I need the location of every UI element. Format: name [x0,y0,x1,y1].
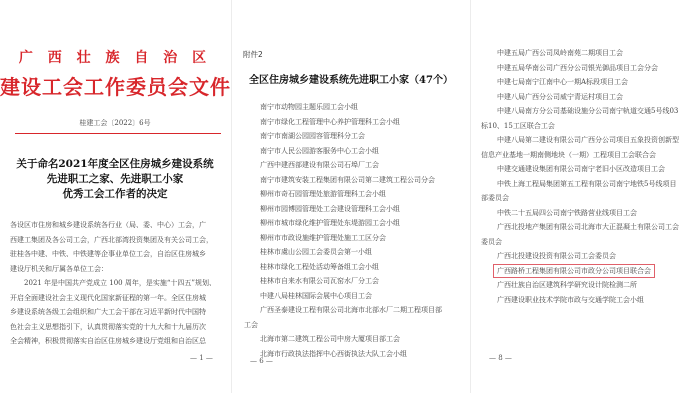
body-line: 建设厅机关和厅属各单位工会： [10,262,224,277]
list-item: 广西圣泰建设工程有限公司北海市北部水厂二期工程项目部 [260,303,465,318]
body-line: 乡建设系统各级工会组织和广大工会干部在习近平新时代中国特 [10,305,224,320]
list-item: 中建交通建设集团有限公司南宁老旧小区改造项目工会 [497,162,697,177]
document-number: 桂建工会〔2022〕6号 [0,118,230,128]
list-item: 南宁市建筑安装工程集团有限公司第二建筑工程公司分会 [260,173,465,188]
list-item: 柳州市市政设施维护管理处施工工区分会 [260,231,465,246]
body-line: 西建工集团及各公司工会，广西北部湾投资集团及有关公司工会， [10,233,224,248]
list-item: 南宁市绿化工程管理中心养护管理科工会小组 [260,115,465,130]
list-item: 中建五局华南公司广西分公司银光御品项目工会分会 [497,61,697,76]
page-number: — 8 — [489,354,512,362]
title-line: 关于命名2021年度全区住房城乡建设系统 [0,157,230,172]
list-item: 广西北投建设投资有限公司工会委员会 [497,249,697,264]
list-item-continuation: 信息产业基地一期南侧地块（一期）工程项目工会联合会 [481,148,697,163]
list-item: 广西壮族自治区建筑科学研究设计院检测二所 [497,278,697,293]
body-line: 驻桂各中建、中铁、中铁建等企事业单位工会，自治区住房城乡 [10,247,224,262]
list-item-continuation: 部委员会 [481,191,697,206]
list-item: 北海市行政执法指挥中心西街执法大队工会小组 [260,347,465,362]
list-item: 北海市第二建筑工程公司中房大厦项目部工会 [260,332,465,347]
list-item: 中建八局第二建设有限公司广西分公司项目五象投资创新型 [497,133,697,148]
body-line: 全会精神，积极贯彻落实自治区住房城乡建设厅党组和自治区总 [10,334,224,349]
list-item: 柳州市园博园管理处工会建设管理科工会小组 [260,202,465,217]
list-item: 中建七局南宁江南中心一期A标段项目工会 [497,75,697,90]
page-number: — 6 — [250,357,273,365]
list-item: 中建五局广西公司凤岭南苑二期项目工会 [497,46,697,61]
title-line: 优秀工会工作者的决定 [0,187,230,202]
list-item: 桂林市绿化工程处活动筹备组工会小组 [260,260,465,275]
body-line: 开启全面建设社会主义现代化国家新征程的第一年。全区住房城 [10,291,224,306]
list-item: 南宁市动物园主题乐园工会小组 [260,100,465,115]
list-item: 柳州市城市绿化维护管理处东堤游园工会小组 [260,216,465,231]
body-line: 色社会主义思想指引下，认真贯彻落实党的十九大和十九届历次 [10,320,224,335]
page-number: — 1 — [190,354,213,362]
list-title: 全区住房城乡建设系统先进职工小家（47个） [232,71,470,86]
honoree-list: 南宁市动物园主题乐园工会小组 南宁市绿化工程管理中心养护管理科工会小组 南宁市南… [260,100,465,361]
list-item: 中建八局广西分公司威宁青运村项目工会 [497,90,697,105]
issuer-title: 建设工会工作委员会文件 [0,71,230,100]
list-item: 广西建设职业技术学院市政与交通学院工会小组 [497,293,697,308]
body-text: 各设区市住房和城乡建设系统各行业（局、委、中心）工会，广 西建工集团及各公司工会… [10,218,224,349]
attachment-label: 附件2 [243,49,263,60]
highlight-box: 广西路桥工程集团有限公司市政分公司项目联合会 [493,264,655,278]
red-divider [15,133,221,134]
list-item: 中建八局桂林国际会展中心项目工会 [260,289,465,304]
highlighted-list-item: 广西路桥工程集团有限公司市政分公司项目联合会 [497,264,697,279]
list-item: 南宁市人民公园游客服务中心工会小组 [260,144,465,159]
issuer-region: 广 西 壮 族 自 治 区 [0,47,230,67]
list-item: 广西中建西部建设有限公司石埠厂工会 [260,158,465,173]
list-item-continuation: 委员会 [481,235,697,250]
honoree-list: 中建五局广西公司凤岭南苑二期项目工会 中建五局华南公司广西分公司银光御品项目工会… [497,46,697,307]
list-item: 广西北投地产集团有限公司北海市大正混凝土有限公司工会 [497,220,697,235]
document-page-6: 附件2 全区住房城乡建设系统先进职工小家（47个） 南宁市动物园主题乐园工会小组… [231,0,470,393]
body-line: 2021 年是中国共产党成立 100 周年，是实施“十四五”规划、 [10,276,224,291]
title-line: 先进职工之家、先进职工小家 [0,172,230,187]
document-page-8: 中建五局广西公司凤岭南苑二期项目工会 中建五局华南公司广西分公司银光御品项目工会… [470,0,700,393]
document-page-1: 广 西 壮 族 自 治 区 建设工会工作委员会文件 桂建工会〔2022〕6号 关… [0,0,230,393]
list-item: 桂林市自来水有限公司瓦窑水厂分工会 [260,274,465,289]
list-item-continuation: 标10、15工区联合工会 [481,119,697,134]
list-item: 柳州市奇石园管理处旅游管理科工会小组 [260,187,465,202]
list-item-continuation: 工会 [244,318,465,333]
decision-title: 关于命名2021年度全区住房城乡建设系统 先进职工之家、先进职工小家 优秀工会工… [0,157,230,202]
list-item: 桂林市虞山公园工会委员会第一小组 [260,245,465,260]
body-line: 各设区市住房和城乡建设系统各行业（局、委、中心）工会，广 [10,218,224,233]
list-item: 中铁上海工程局集团第五工程有限公司南宁地铁5号线项目 [497,177,697,192]
list-item: 中建八局南方分公司基础设施分公司南宁轨道交通5号线03 [497,104,697,119]
list-item: 中铁二十五局四公司南宁铁路营业线项目工会 [497,206,697,221]
list-item: 南宁市南湖公园园容管理科分工会 [260,129,465,144]
